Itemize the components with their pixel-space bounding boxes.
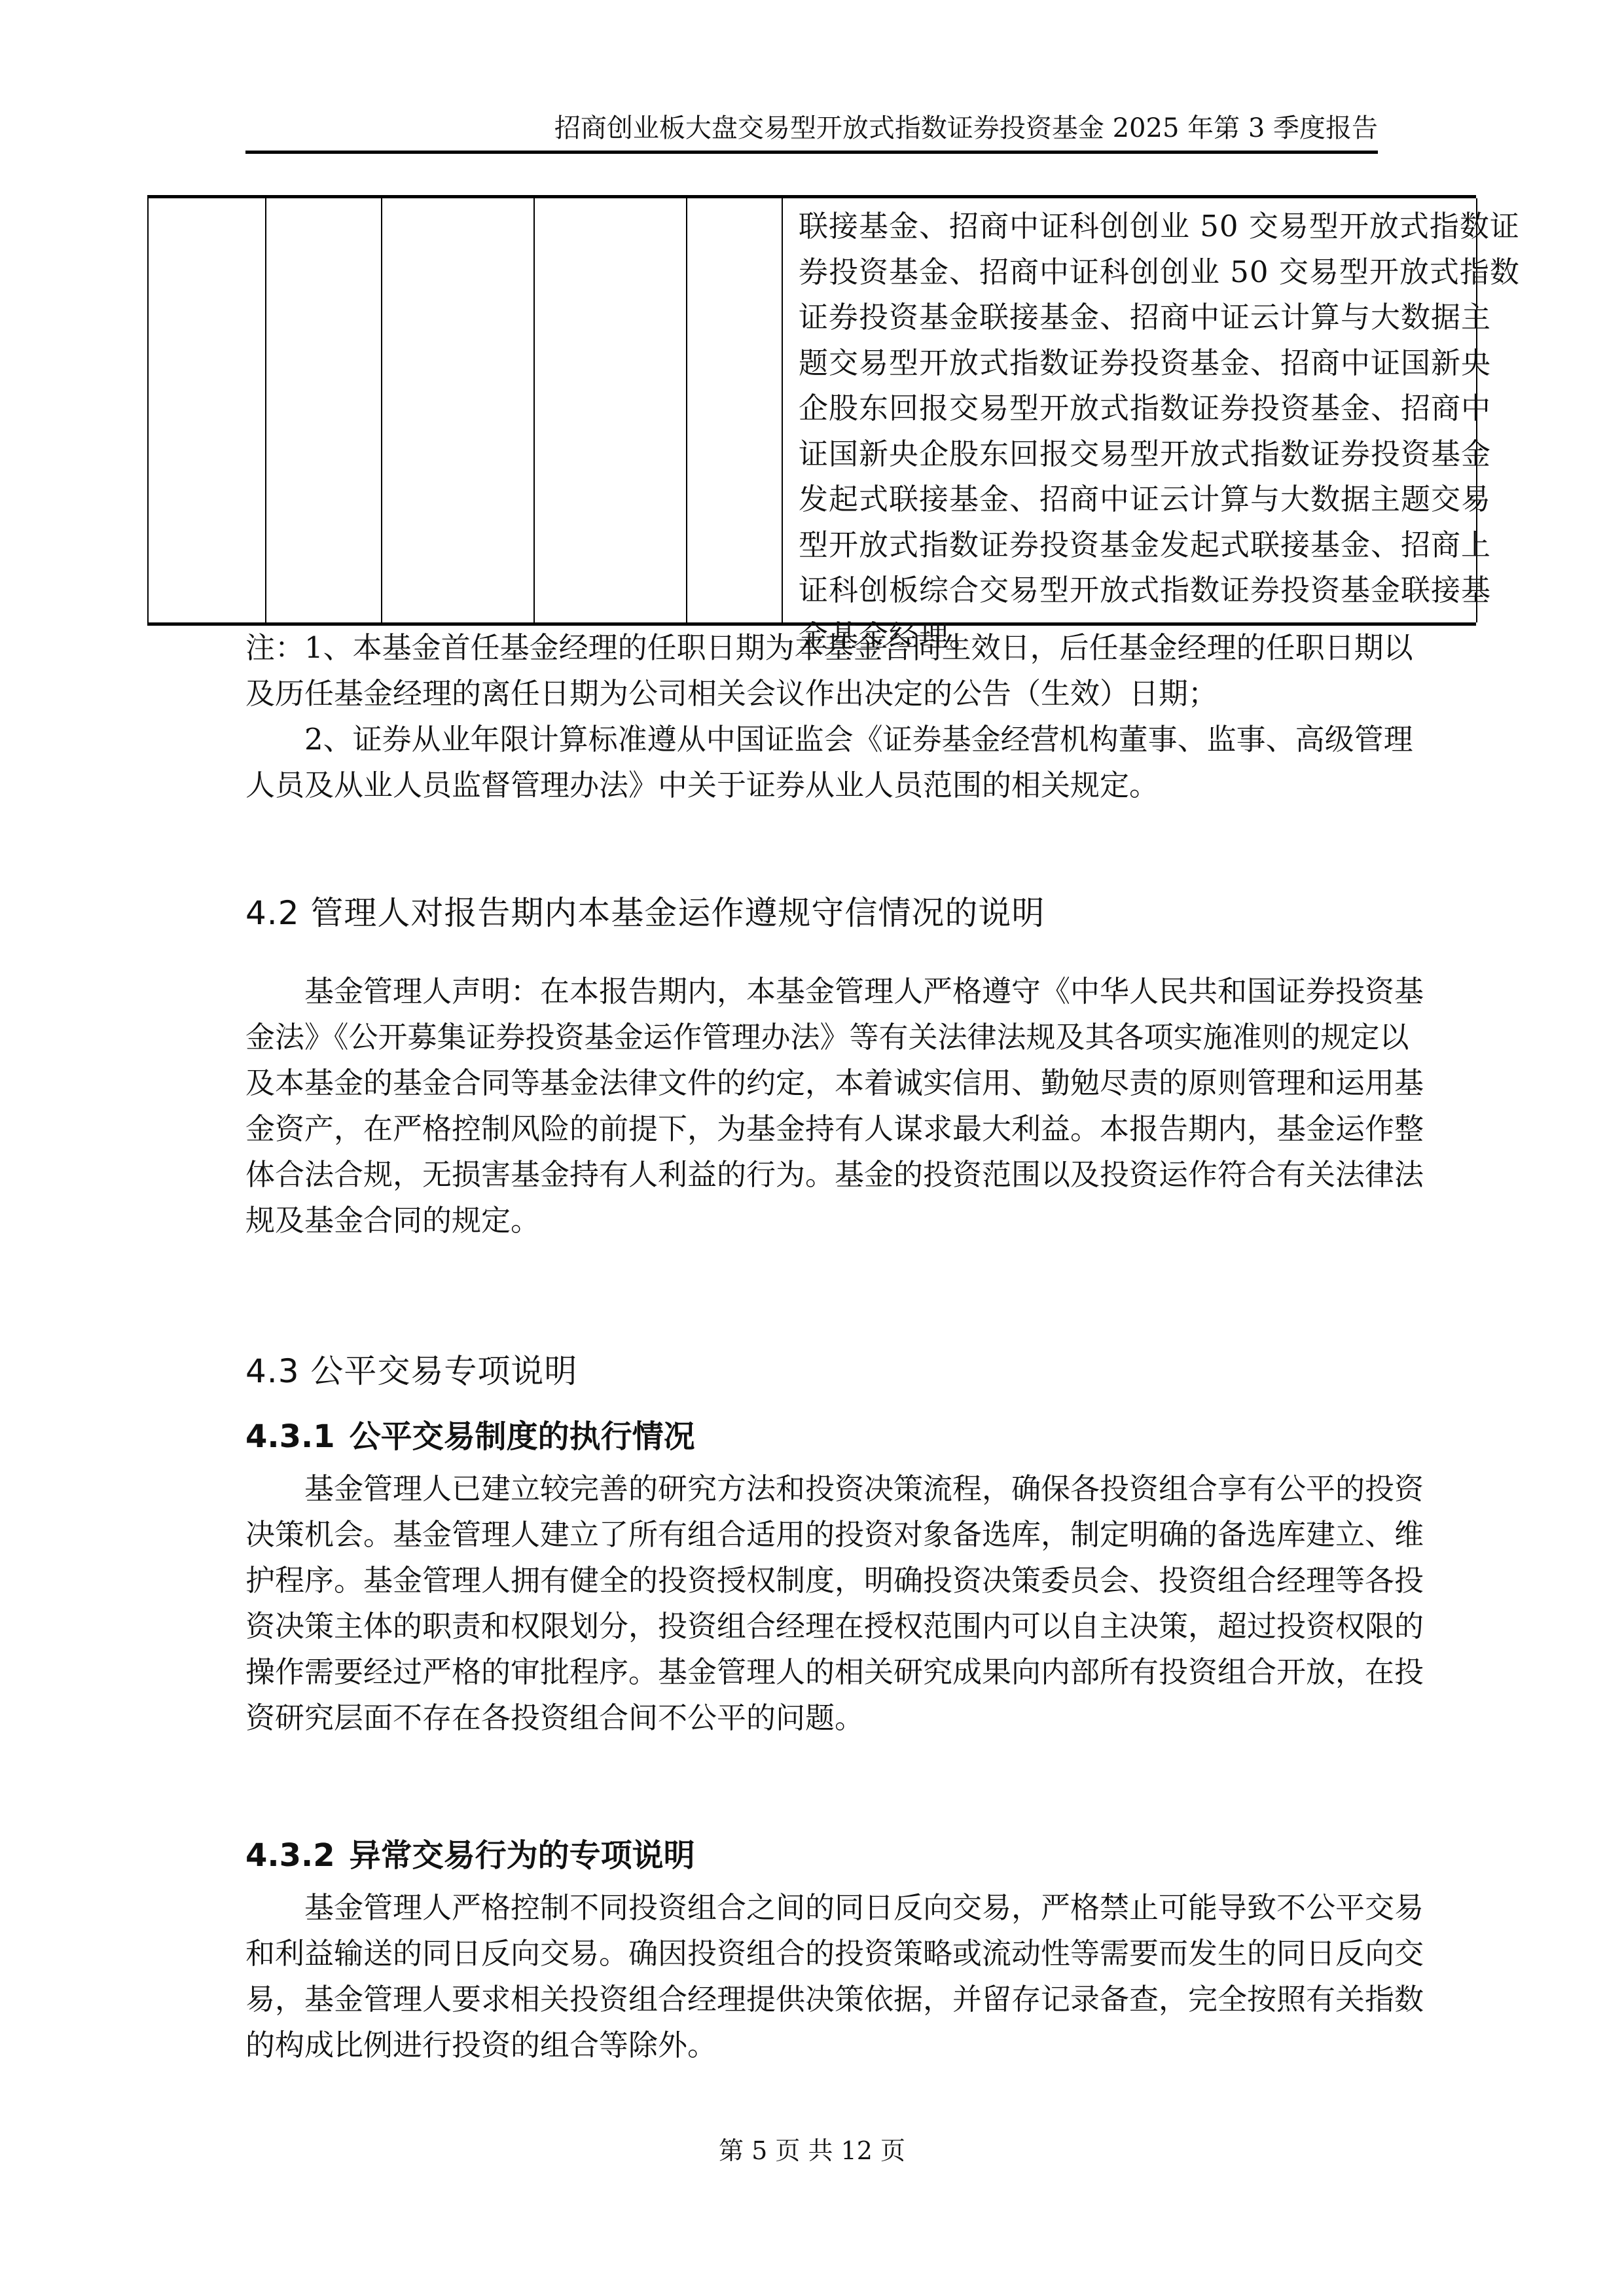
paragraph-line: 护程序。基金管理人拥有健全的投资授权制度，明确投资决策委员会、投资组合经理等各投 (245, 1558, 1378, 1604)
subsection-number: 4.3.1 (245, 1418, 335, 1455)
paragraph-line: 基金管理人声明：在本报告期内，本基金管理人严格遵守《中华人民共和国证券投资基 (245, 969, 1378, 1014)
note-line: 2、证券从业年限计算标准遵从中国证监会《证券基金经营机构董事、监事、高级管理 (245, 717, 1378, 762)
paragraph-line: 决策机会。基金管理人建立了所有组合适用的投资对象备选库，制定明确的备选库建立、维 (245, 1512, 1378, 1558)
paragraph-line: 和利益输送的同日反向交易。确因投资组合的投资策略或流动性等需要而发生的同日反向交 (245, 1931, 1378, 1977)
page-number: 第 5 页 共 12 页 (719, 2136, 905, 2165)
text-line: 联接基金、招商中证科创创业 50 交易型开放式指数证 (799, 204, 1456, 249)
text-line: 证国新央企股东回报交易型开放式指数证券投资基金 (799, 431, 1456, 477)
page-footer: 第 5 页 共 12 页 (0, 2130, 1624, 2166)
table-col-border (533, 198, 535, 622)
subsection-number: 4.3.2 (245, 1837, 335, 1874)
paragraph-line: 及本基金的基金合同等基金法律文件的约定，本着诚实信用、勤勉尽责的原则管理和运用基 (245, 1060, 1378, 1106)
text-line: 发起式联接基金、招商中证云计算与大数据主题交易 (799, 476, 1456, 522)
text-line: 题交易型开放式指数证券投资基金、招商中证国新央 (799, 340, 1456, 386)
section-heading-4-3: 4.3 公平交易专项说明 (245, 1348, 577, 1394)
note-line: 人员及从业人员监督管理办法》中关于证券从业人员范围的相关规定。 (245, 762, 1378, 808)
paragraph-line: 基金管理人严格控制不同投资组合之间的同日反向交易，严格禁止可能导致不公平交易 (245, 1885, 1378, 1931)
section-heading-4-2: 4.2 管理人对报告期内本基金运作遵规守信情况的说明 (245, 890, 1045, 936)
subsection-heading-4-3-1: 4.3.1公平交易制度的执行情况 (245, 1414, 695, 1460)
section-4-3-2-body: 基金管理人严格控制不同投资组合之间的同日反向交易，严格禁止可能导致不公平交易 和… (245, 1885, 1378, 2068)
paragraph-line: 规及基金合同的规定。 (245, 1198, 1378, 1244)
note-line: 注：1、本基金首任基金经理的任职日期为本基金合同生效日，后任基金经理的任职日期以 (245, 625, 1378, 671)
table-col-border (686, 198, 687, 622)
paragraph-line: 体合法合规，无损害基金持有人利益的行为。基金的投资范围以及投资运作符合有关法律法 (245, 1152, 1378, 1198)
paragraph-line: 金资产，在严格控制风险的前提下，为基金持有人谋求最大利益。本报告期内，基金运作整 (245, 1106, 1378, 1152)
text-line: 企股东回报交易型开放式指数证券投资基金、招商中 (799, 386, 1456, 431)
paragraph-line: 资研究层面不存在各投资组合间不公平的问题。 (245, 1695, 1378, 1741)
running-header: 招商创业板大盘交易型开放式指数证券投资基金 2025 年第 3 季度报告 (245, 110, 1378, 154)
paragraph-line: 金法》《公开募集证券投资基金运作管理办法》等有关法律法规及其各项实施准则的规定以 (245, 1014, 1378, 1060)
section-4-3-1-body: 基金管理人已建立较完善的研究方法和投资决策流程，确保各投资组合享有公平的投资 决… (245, 1466, 1378, 1741)
manager-bio-text: 联接基金、招商中证科创创业 50 交易型开放式指数证 券投资基金、招商中证科创创… (799, 204, 1456, 658)
text-line: 型开放式指数证券投资基金发起式联接基金、招商上 (799, 522, 1456, 568)
subsection-title: 异常交易行为的专项说明 (350, 1837, 695, 1874)
paragraph-line: 易，基金管理人要求相关投资组合经理提供决策依据，并留存记录备查，完全按照有关指数 (245, 1977, 1378, 2022)
paragraph-line: 的构成比例进行投资的组合等除外。 (245, 2022, 1378, 2068)
paragraph-line: 资决策主体的职责和权限划分，投资组合经理在授权范围内可以自主决策，超过投资权限的 (245, 1604, 1378, 1649)
text-line: 证券投资基金联接基金、招商中证云计算与大数据主 (799, 295, 1456, 340)
report-title: 招商创业板大盘交易型开放式指数证券投资基金 2025 年第 3 季度报告 (554, 113, 1378, 143)
text-line: 证科创板综合交易型开放式指数证券投资基金联接基 (799, 567, 1456, 613)
paragraph-line: 基金管理人已建立较完善的研究方法和投资决策流程，确保各投资组合享有公平的投资 (245, 1466, 1378, 1512)
paragraph-line: 操作需要经过严格的审批程序。基金管理人的相关研究成果向内部所有投资组合开放，在投 (245, 1649, 1378, 1695)
subsection-title: 公平交易制度的执行情况 (350, 1418, 695, 1455)
subsection-heading-4-3-2: 4.3.2异常交易行为的专项说明 (245, 1833, 695, 1878)
table-notes: 注：1、本基金首任基金经理的任职日期为本基金合同生效日，后任基金经理的任职日期以… (245, 625, 1378, 808)
section-4-2-body: 基金管理人声明：在本报告期内，本基金管理人严格遵守《中华人民共和国证券投资基 金… (245, 969, 1378, 1244)
fund-manager-table: 联接基金、招商中证科创创业 50 交易型开放式指数证 券投资基金、招商中证科创创… (147, 195, 1476, 626)
table-col-border (147, 198, 149, 622)
text-line: 券投资基金、招商中证科创创业 50 交易型开放式指数 (799, 249, 1456, 295)
table-col-border (381, 198, 382, 622)
note-line: 及历任基金经理的离任日期为公司相关会议作出决定的公告（生效）日期； (245, 671, 1378, 717)
table-col-border (265, 198, 266, 622)
